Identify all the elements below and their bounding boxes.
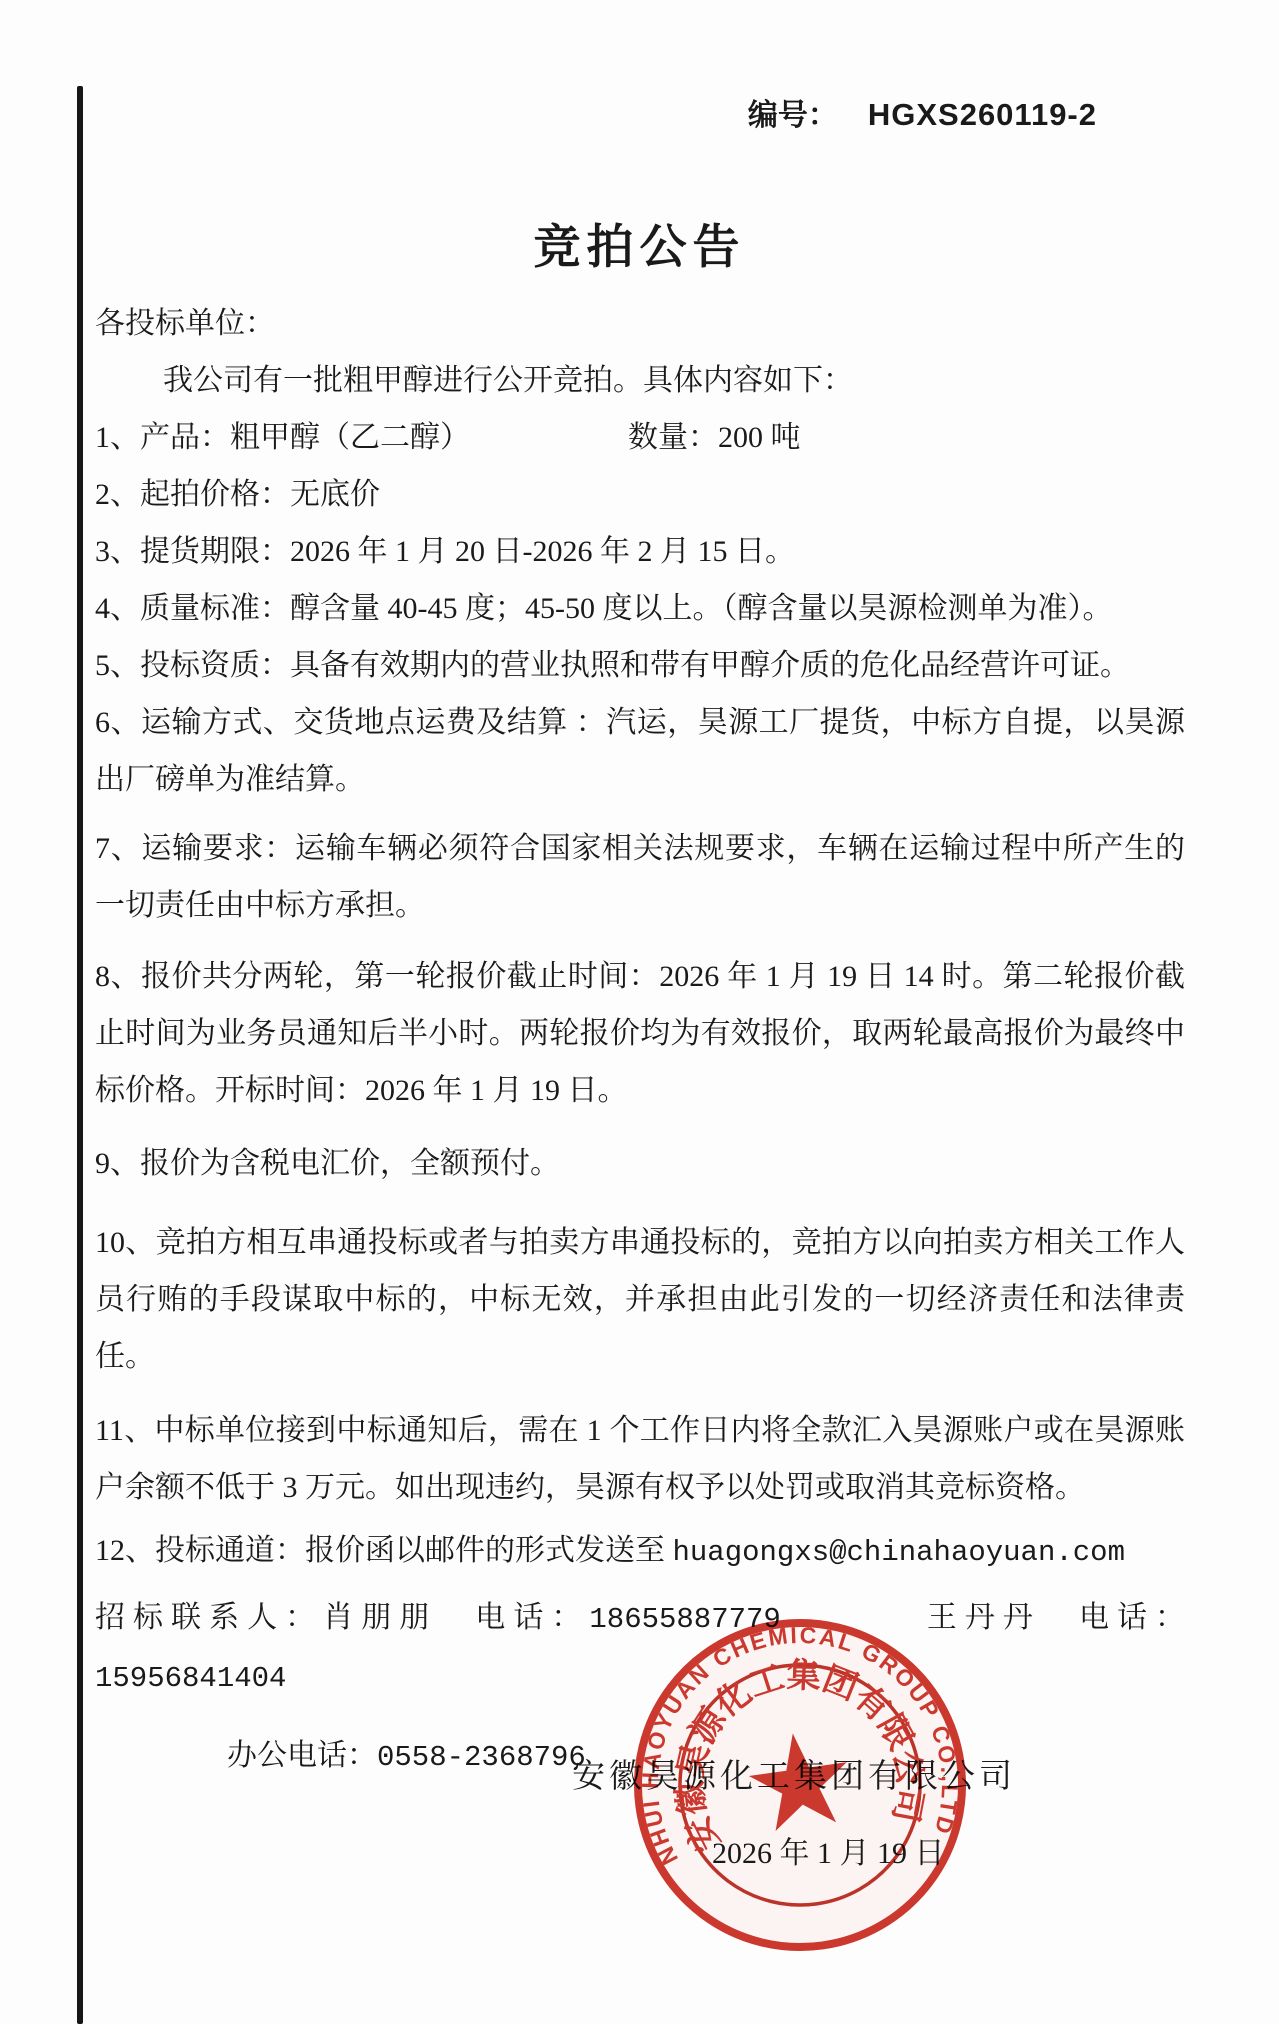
item-4: 4、质量标准：醇含量 40-45 度；45-50 度以上。（醇含量以昊源检测单为… [95, 580, 1185, 637]
salutation: 各投标单位： [95, 295, 1185, 352]
contact-phone-label-2: 电话： [1079, 1601, 1185, 1634]
item-3: 3、提货期限：2026 年 1 月 20 日-2026 年 2 月 15 日。 [95, 523, 1185, 580]
document-page: 编号：HGXS260119-2 竞拍公告 各投标单位： 我公司有一批粗甲醇进行公… [0, 0, 1279, 2024]
item-7: 7、运输要求：运输车辆必须符合国家相关法规要求，车辆在运输过程中所产生的一切责任… [95, 820, 1185, 934]
doc-number-label: 编号： [748, 99, 838, 132]
bid-email: huagongxs@chinahaoyuan.com [673, 1536, 1125, 1569]
item-2: 2、起拍价格：无底价 [95, 466, 1185, 523]
item-6: 6、运输方式、交货地点运费及结算 ：汽运，昊源工厂提货，中标方自提，以昊源出厂磅… [95, 694, 1185, 808]
item-9: 9、报价为含税电汇价，全额预付。 [95, 1135, 1185, 1192]
item-1-product: 1、产品：粗甲醇（乙二醇） [95, 421, 470, 454]
item-12: 12、投标通道：报价函以邮件的形式发送至 huagongxs@chinahaoy… [95, 1522, 1185, 1581]
doc-body: 各投标单位： 我公司有一批粗甲醇进行公开竞拍。具体内容如下： 1、产品：粗甲醇（… [95, 295, 1185, 1786]
item-12-text: 12、投标通道：报价函以邮件的形式发送至 [95, 1534, 673, 1567]
item-1: 1、产品：粗甲醇（乙二醇）数量：200 吨 [95, 409, 1185, 466]
doc-number-value: HGXS260119-2 [868, 97, 1097, 132]
signature-date: 2026 年 1 月 19 日 [712, 1828, 945, 1872]
item-1-qty-value: 200 吨 [718, 421, 801, 454]
scan-edge-line [77, 86, 83, 2024]
item-11: 11、中标单位接到中标通知后，需在 1 个工作日内将全款汇入昊源账户或在昊源账户… [95, 1402, 1185, 1516]
item-10: 10、竞拍方相互串通投标或者与拍卖方串通投标的，竞拍方以向拍卖方相关工作人员行贿… [95, 1214, 1185, 1385]
contact-name-1: 肖朋朋 [323, 1601, 437, 1634]
office-phone-value: 0558-2368796 [377, 1741, 586, 1774]
contact-phone-2: 15956841404 [95, 1662, 286, 1695]
item-5: 5、投标资质：具备有效期内的营业执照和带有甲醇介质的危化品经营许可证。 [95, 637, 1185, 694]
item-1-qty-label: 数量： [628, 421, 718, 454]
company-name: 安徽昊源化工集团有限公司 [572, 1750, 1016, 1797]
doc-number: 编号：HGXS260119-2 [748, 90, 1097, 134]
item-8: 8、报价共分两轮，第一轮报价截止时间：2026 年 1 月 19 日 14 时。… [95, 948, 1185, 1119]
office-phone-label: 办公电话： [227, 1739, 377, 1772]
doc-title: 竞拍公告 [0, 210, 1279, 277]
contact-phone-label-1: 电话： [475, 1601, 589, 1634]
contact-phone-1: 18655887779 [589, 1603, 780, 1636]
contact-label: 招标联系人： [95, 1601, 323, 1634]
intro-paragraph: 我公司有一批粗甲醇进行公开竞拍。具体内容如下： [95, 352, 1185, 409]
contact-name-2: 王丹丹 [919, 1601, 1041, 1634]
contact-line: 招标联系人：肖朋朋 电话：18655887779王丹丹 电话：159568414… [95, 1589, 1185, 1707]
